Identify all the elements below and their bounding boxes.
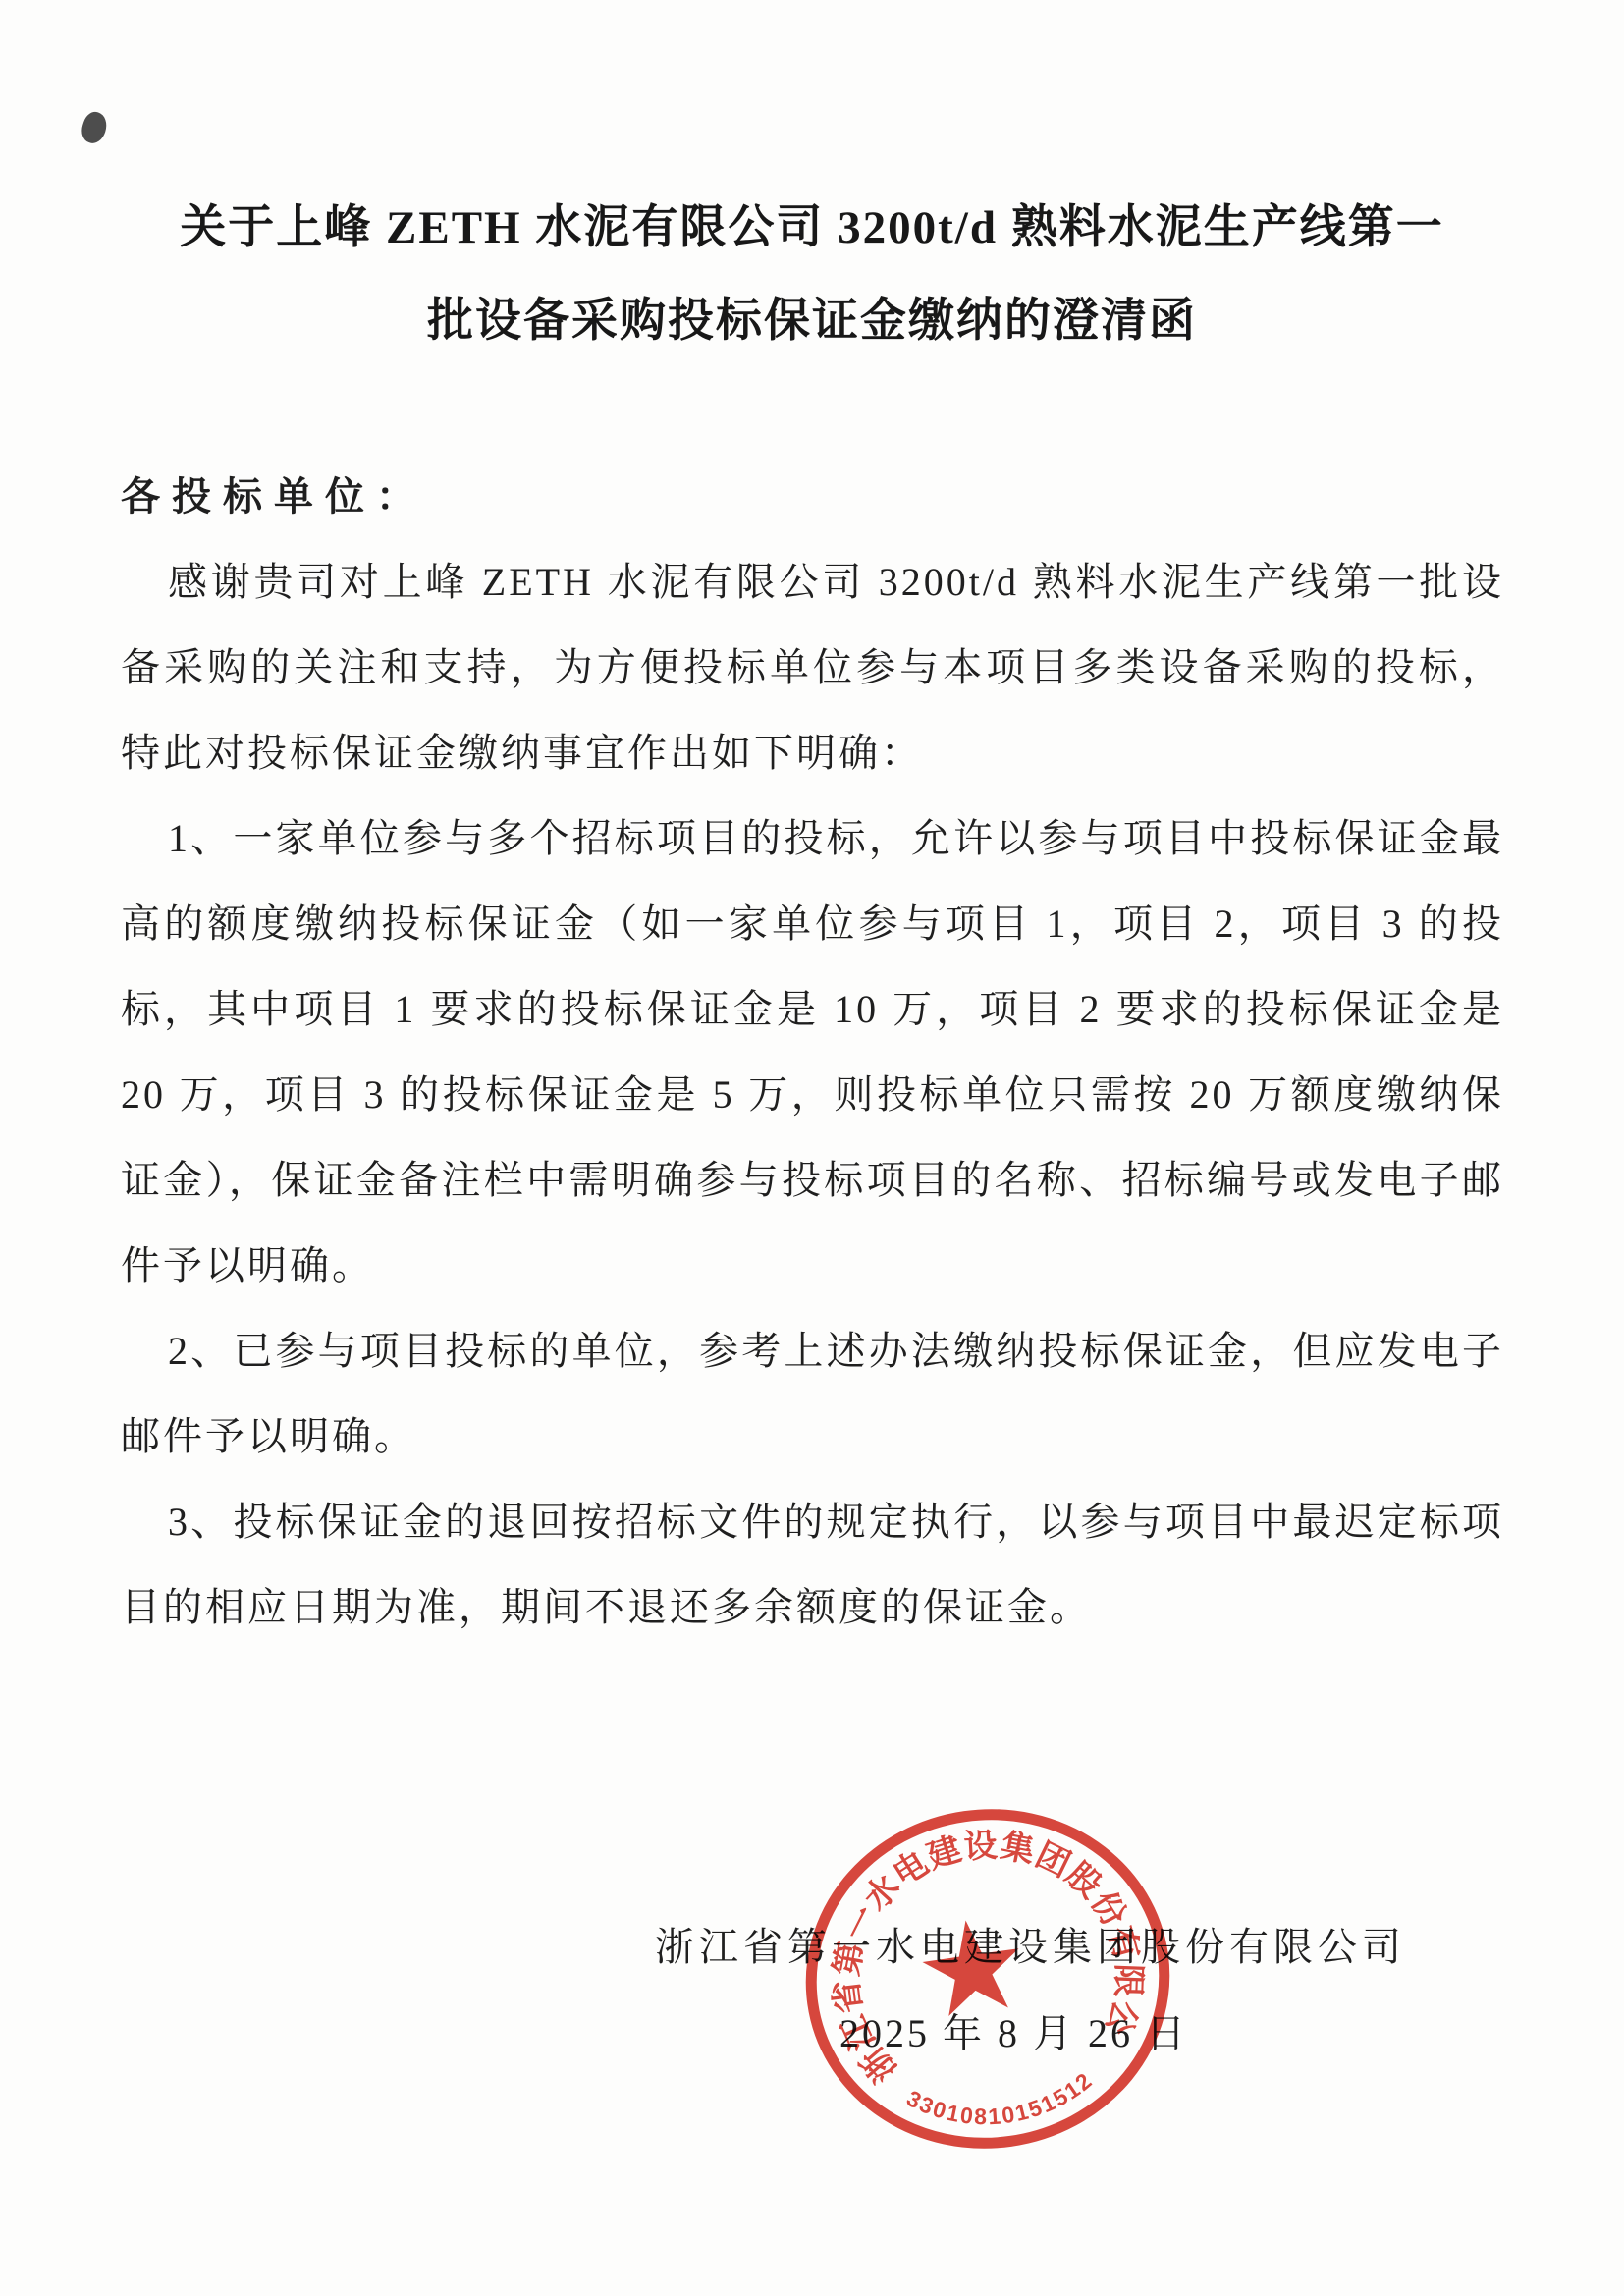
document-page: 关于上峰 ZETH 水泥有限公司 3200t/d 熟料水泥生产线第一 批设备采购… xyxy=(0,0,1624,2296)
seal-star-icon xyxy=(917,1914,1026,2019)
document-title: 关于上峰 ZETH 水泥有限公司 3200t/d 熟料水泥生产线第一 批设备采购… xyxy=(79,182,1545,368)
paragraph-item-3: 3、投标保证金的退回按招标文件的规定执行，以参与项目中最迟定标项目的相应日期为准… xyxy=(121,1479,1504,1650)
salutation: 各投标单位： xyxy=(121,454,1504,539)
scan-artifact xyxy=(79,109,111,146)
paragraph-item-1: 1、一家单位参与多个招标项目的投标，允许以参与项目中投标保证金最高的额度缴纳投标… xyxy=(121,795,1504,1308)
paragraph-intro: 感谢贵司对上峰 ZETH 水泥有限公司 3200t/d 熟料水泥生产线第一批设备… xyxy=(121,539,1504,795)
official-seal: 浙江省第一水电建设集团股份有限公司 33010810151512 xyxy=(772,1782,1204,2175)
paragraph-item-2: 2、已参与项目投标的单位，参考上述办法缴纳投标保证金，但应发电子邮件予以明确。 xyxy=(121,1308,1504,1479)
document-title-line1: 关于上峰 ZETH 水泥有限公司 3200t/d 熟料水泥生产线第一 xyxy=(79,182,1545,275)
document-title-line2: 批设备采购投标保证金缴纳的澄清函 xyxy=(79,275,1545,368)
document-body: 各投标单位： 感谢贵司对上峰 ZETH 水泥有限公司 3200t/d 熟料水泥生… xyxy=(121,454,1504,1650)
